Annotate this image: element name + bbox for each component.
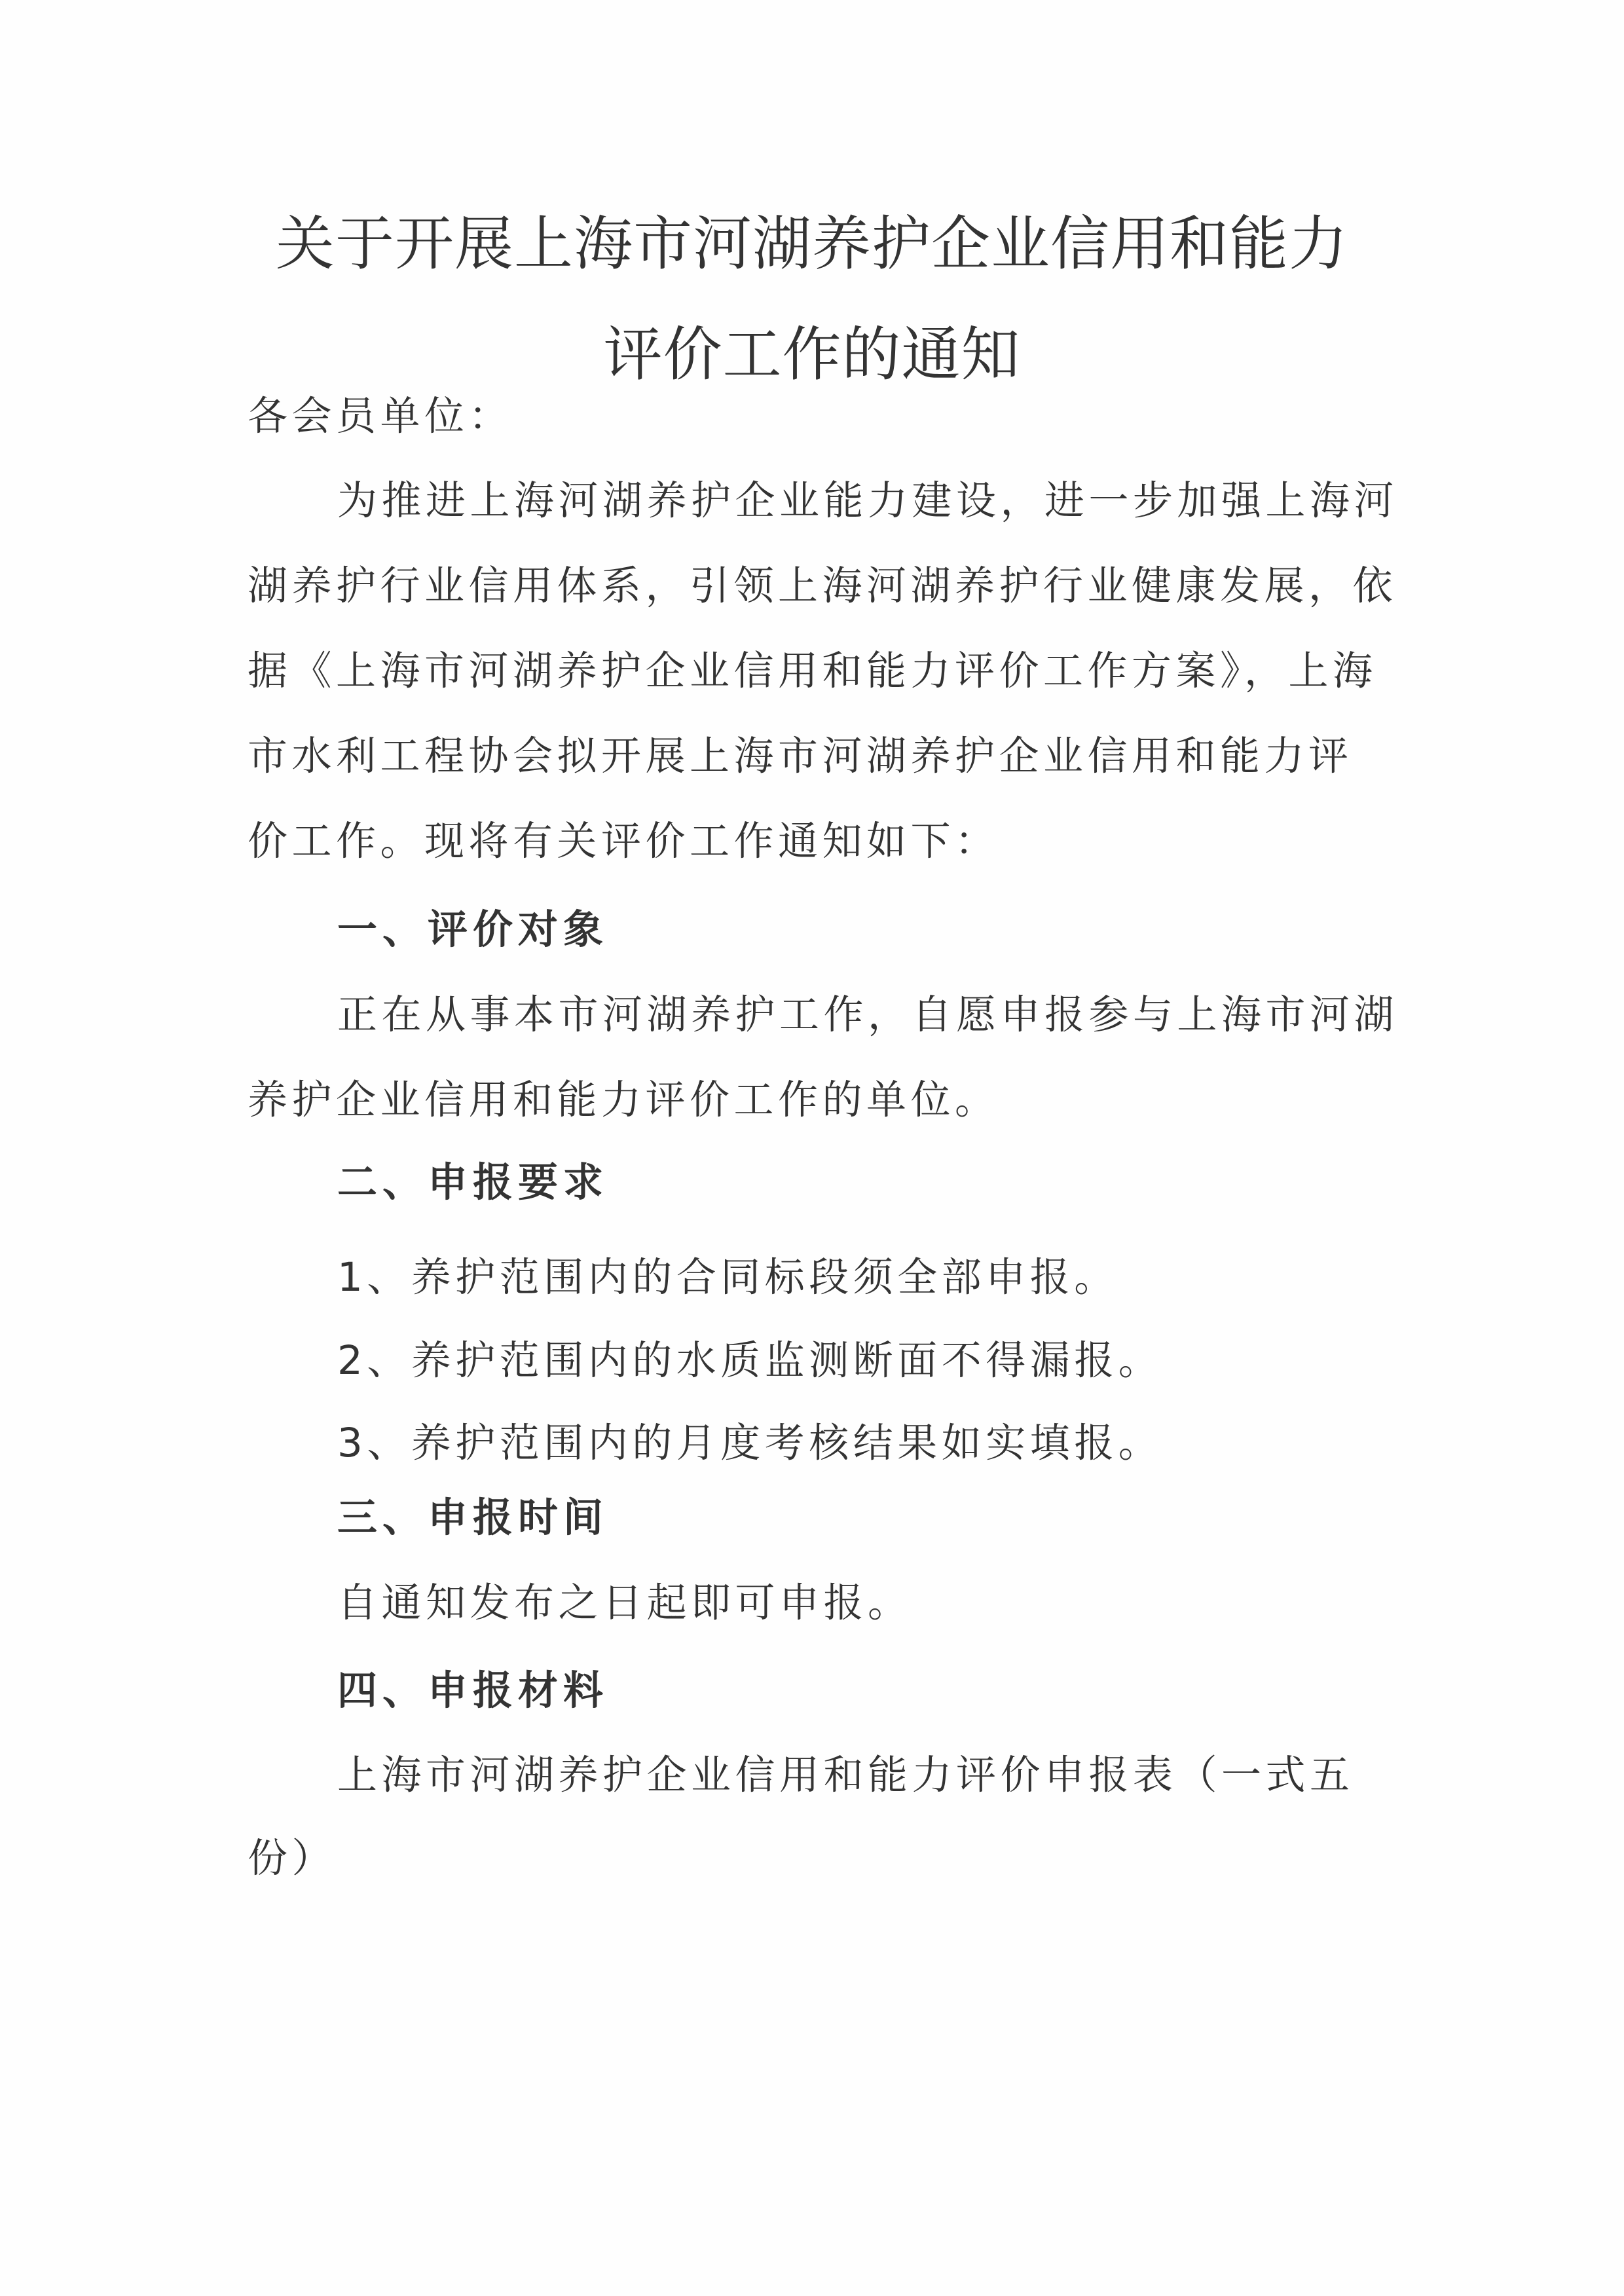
section-body-line: 养护企业信用和能力评价工作的单位。 bbox=[248, 1074, 999, 1126]
section-body-line: 上海市河湖养护企业信用和能力评价申报表（一式五 bbox=[337, 1749, 1354, 1802]
intro-line: 市水利工程协会拟开展上海市河湖养护企业信用和能力评 bbox=[248, 730, 1353, 783]
requirement-item: 1、养护范围内的合同标段须全部申报。 bbox=[337, 1251, 1118, 1304]
section-body-line: 份） bbox=[248, 1832, 336, 1885]
intro-line: 据《上海市河湖养护企业信用和能力评价工作方案》，上海 bbox=[248, 645, 1377, 697]
document-title-line-1: 关于开展上海市河湖养护企业信用和能力 bbox=[0, 212, 1624, 277]
section-heading-evaluation-target: 一、评价对象 bbox=[337, 904, 608, 956]
document-title-line-2: 评价工作的通知 bbox=[0, 322, 1624, 388]
section-heading-materials: 四、申报材料 bbox=[337, 1665, 608, 1717]
intro-line: 湖养护行业信用体系，引领上海河湖养护行业健康发展，依 bbox=[248, 560, 1397, 612]
requirement-item: 3、养护范围内的月度考核结果如实填报。 bbox=[337, 1417, 1162, 1470]
document-page: 关于开展上海市河湖养护企业信用和能力 评价工作的通知 各会员单位： 为推进上海河… bbox=[0, 0, 1624, 2296]
section-heading-requirements: 二、申报要求 bbox=[337, 1157, 608, 1209]
section-body-line: 自通知发布之日起即可申报。 bbox=[337, 1577, 912, 1629]
requirement-item: 2、养护范围内的水质监测断面不得漏报。 bbox=[337, 1335, 1162, 1387]
intro-line: 价工作。现将有关评价工作通知如下： bbox=[248, 815, 999, 868]
section-heading-time: 三、申报时间 bbox=[337, 1492, 608, 1544]
section-body-line: 正在从事本市河湖养护工作，自愿申报参与上海市河湖 bbox=[337, 989, 1398, 1041]
intro-line: 为推进上海河湖养护企业能力建设，进一步加强上海河 bbox=[337, 475, 1398, 527]
salutation: 各会员单位： bbox=[248, 390, 513, 443]
